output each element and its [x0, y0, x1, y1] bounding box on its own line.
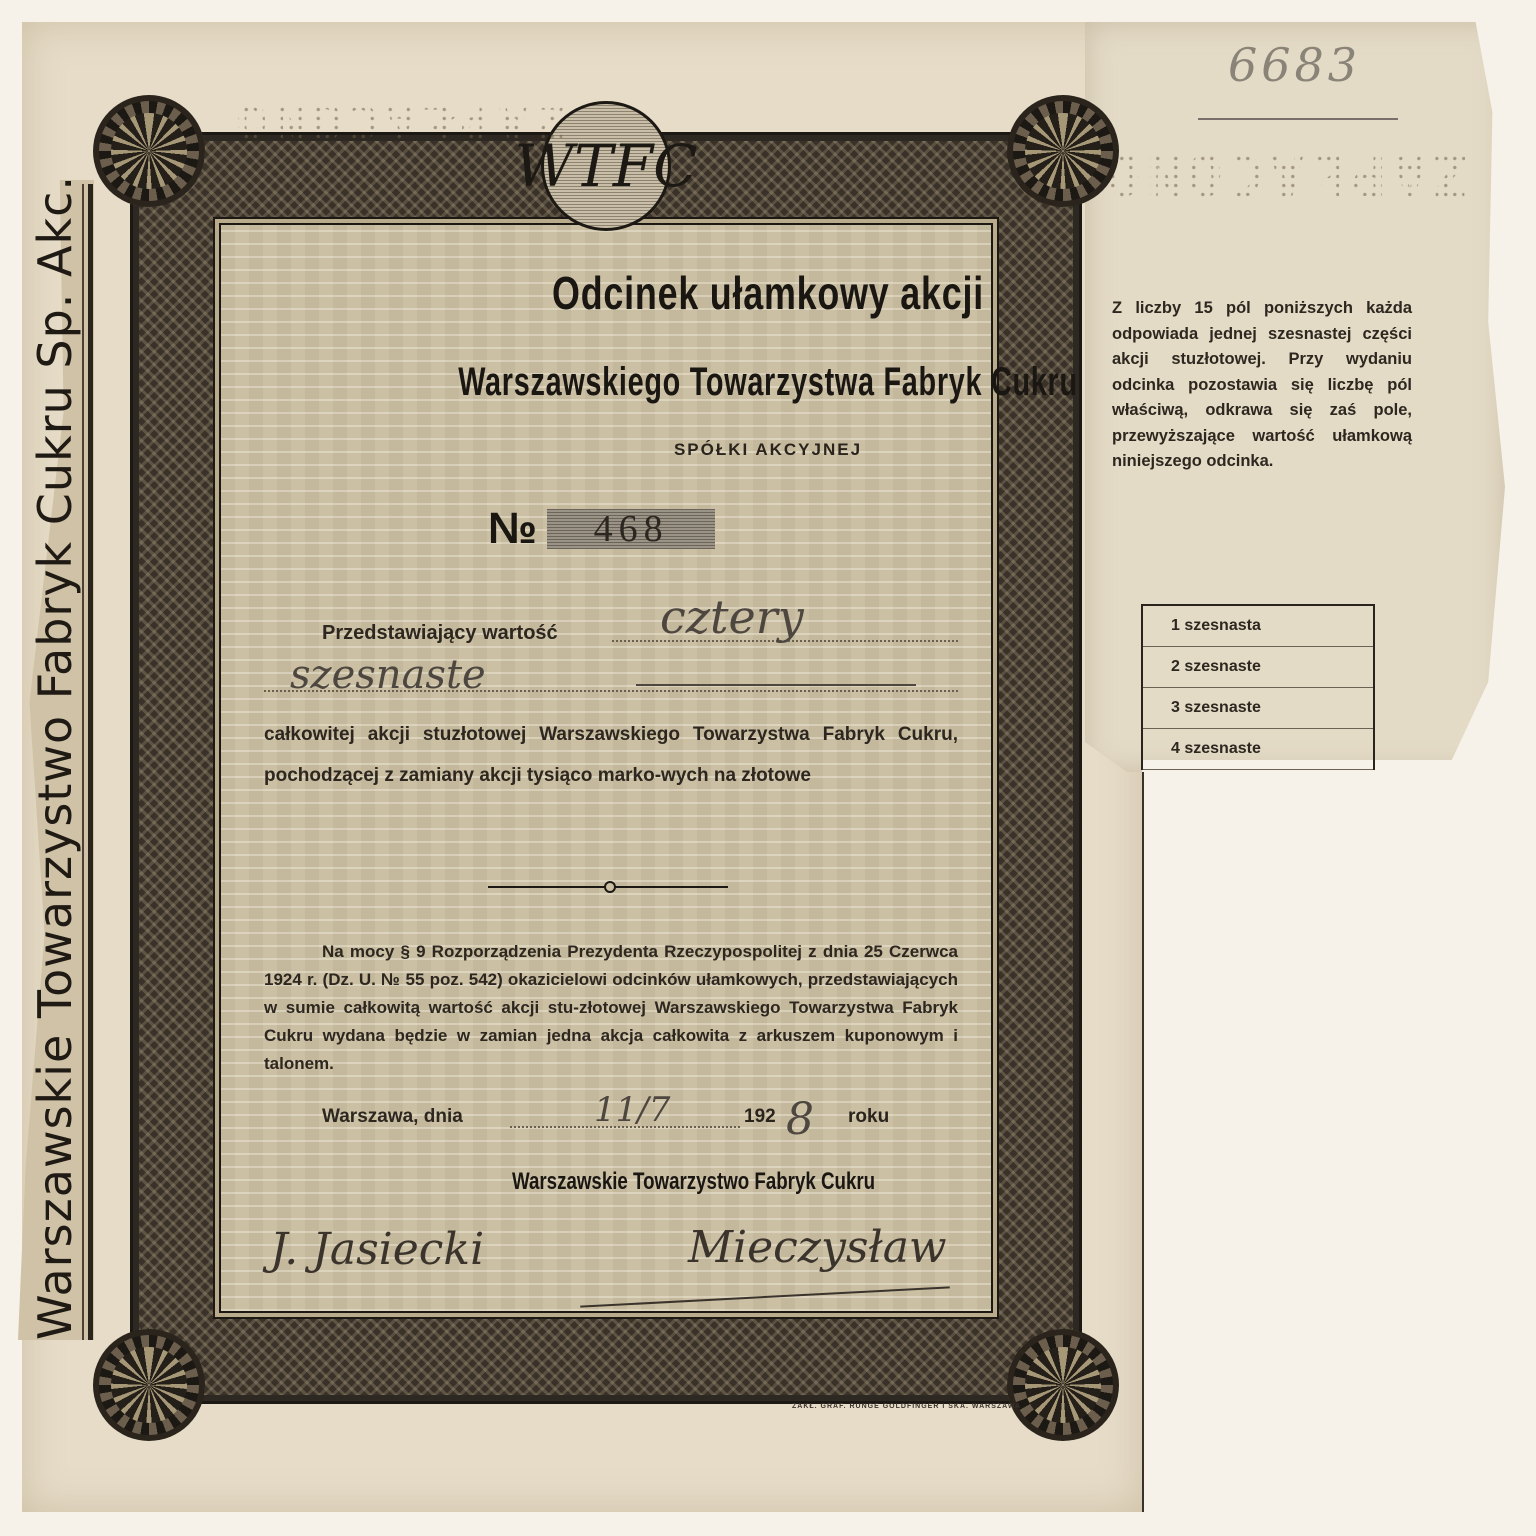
stub-edge-rule: [1142, 772, 1144, 1512]
left-strip-vertical-text: Warszawskie Towarzystwo Fabryk Cukru Sp.…: [28, 175, 82, 1340]
rosette-icon: [1007, 1329, 1119, 1441]
serial-number: 468: [547, 509, 715, 549]
background-area: [1142, 760, 1536, 1536]
perforation-stamp-stub: ZAPŁACONO: [1100, 140, 1468, 208]
rosette-icon: [93, 1329, 205, 1441]
issuer-name: Warszawskie Towarzystwo Fabryk Cukru: [512, 1168, 875, 1196]
company-name: Warszawskiego Towarzystwa Fabryk Cukru: [215, 360, 1321, 405]
rosette-icon: [1007, 95, 1119, 207]
stub-pencil-line: [1198, 118, 1398, 120]
company-type: SPÓŁKI AKCYJNEJ: [0, 440, 1536, 460]
archive-number: 6683: [1228, 38, 1361, 92]
document-title: Odcinek ułamkowy akcji: [169, 266, 1367, 320]
signature-2: Mieczysław: [688, 1222, 947, 1273]
signature-1: J. Jasiecki: [270, 1224, 484, 1275]
fraction-row: 1 szesnasta: [1143, 606, 1373, 647]
fraction-row: 2 szesnaste: [1143, 647, 1373, 688]
fraction-table: 1 szesnasta 2 szesnaste 3 szesnaste 4 sz…: [1141, 604, 1375, 770]
rosette-icon: [93, 95, 205, 207]
year-prefix: 192: [744, 1106, 776, 1128]
handwritten-strike-line: [636, 684, 916, 686]
year-suffix: roku: [848, 1106, 889, 1128]
divider-dot-icon: [604, 881, 616, 893]
place-label: Warszawa, dnia: [322, 1106, 463, 1128]
handwritten-value-1: cztery: [660, 590, 804, 644]
perforation-stamp-top: ZAPŁACONO: [230, 90, 566, 150]
value-description: całkowitej akcji stuzłotowej Warszawskie…: [264, 714, 958, 796]
printer-imprint: ZAKŁ. GRAF. RUNGE GOLDFINGER I SKA. WARS…: [792, 1403, 1021, 1410]
left-strip-rule-thin: [82, 184, 84, 1340]
handwritten-year-digit: 8: [786, 1094, 814, 1145]
serial-label: №: [488, 504, 537, 554]
value-label: Przedstawiający wartość: [322, 622, 558, 645]
fraction-row: 3 szesnaste: [1143, 688, 1373, 729]
legal-text: Na mocy § 9 Rozporządzenia Prezydenta Rz…: [264, 938, 958, 1078]
handwritten-date: 11/7: [594, 1090, 670, 1130]
left-strip-rule: [88, 184, 93, 1340]
fraction-row: 4 szesnaste: [1143, 729, 1373, 770]
serial-number-block: № 468: [488, 504, 715, 554]
handwritten-value-2: szesnaste: [290, 652, 486, 698]
